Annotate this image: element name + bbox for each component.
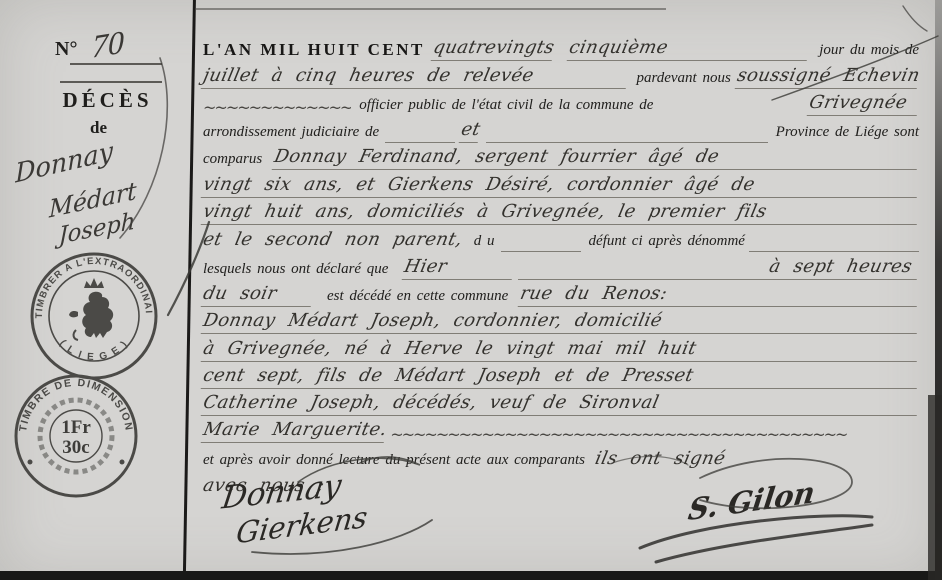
printed-form-text: pardevant nous [636,71,730,89]
act-line: lesquels nous ont déclaré queHierà sept … [203,252,919,279]
margin-column: N° 70 DÉCÈS de Donnay Médart Joseph A TI… [0,0,193,580]
printed-form-text: jour du mois de [819,43,919,61]
stamp1-liege-text: ( L I E G E ) [57,338,131,363]
act-type-heading: DÉCÈS [55,88,160,113]
handwritten-entry: et le second non parent, [201,231,464,252]
act-line: cent sept, fils de Médart Joseph et de P… [203,362,919,389]
act-line: comparusDonnay Ferdinand, sergent fourri… [203,143,919,170]
extraordinaire-stamp: A TIMBRER A L'EXTRAORDINAIRE ( L I E G E… [28,250,160,382]
handwritten-entry: Grivegnée [807,94,922,116]
act-line: vingt huit ans, domiciliés à Grivegnée, … [203,198,919,225]
act-number-value: 70 [92,23,124,66]
handwritten-entry: vingt huit ans, domiciliés à Grivegnée, … [201,203,922,225]
blank-ruled-line [486,125,768,143]
handwritten-entry: juillet à cinq heures de relevée [201,67,631,89]
printed-form-text: d u [474,234,495,252]
deceased-surname: Donnay [15,136,113,189]
number-underline-1 [70,63,162,65]
act-line: Catherine Joseph, décédés, veuf de Siron… [203,389,919,416]
handwritten-entry: et [459,121,482,143]
handwritten-entry: Donnay Médart Joseph, cordonnier, domici… [201,312,922,334]
stamp2-value-centimes: 30c [62,437,89,458]
handwritten-entry: Catherine Joseph, décédés, veuf de Siron… [201,394,922,416]
handwritten-entry: cinquième [567,39,811,61]
handwritten-entry: Marie Marguerite. [201,421,389,443]
act-line: arrondissement judiciaire deetProvince d… [203,116,919,143]
blank-ruled-line [518,262,769,280]
form-top-rule [196,8,666,10]
handwritten-entry: vingt six ans, et Gierkens Désiré, cordo… [201,176,922,198]
act-line: du soirest décédé en cette communerue du… [203,280,919,307]
handwritten-entry: Hier [402,258,517,280]
act-line: Donnay Médart Joseph, cordonnier, domici… [203,307,919,334]
handwritten-entry: à Grivegnée, né à Herve le vingt mai mil… [201,340,922,362]
printed-form-text: L'AN MIL HUIT CENT [203,41,425,61]
printed-form-text: comparus [203,152,262,170]
printed-form-text: est décédé en cette commune [327,289,508,307]
of-label: de [90,118,107,138]
handwritten-entry: rue du Renos: [518,285,921,307]
act-line: à Grivegnée, né à Herve le vingt mai mil… [203,334,919,361]
blank-ruled-line [501,234,581,252]
act-line: vingt six ans, et Gierkens Désiré, cordo… [203,170,919,197]
act-lines: L'AN MIL HUIT CENTquatrevingtscinquièmej… [203,34,919,498]
scan-right-edge-shadow [928,395,942,580]
handwritten-entry: du soir [201,285,316,307]
stamp2-value-franc: 1Fr [61,417,91,438]
svg-text:( L I E G E ): ( L I E G E ) [57,338,131,363]
printed-form-text: Province de Liége sont [776,125,919,143]
act-number-label: N° [55,38,77,61]
act-line: L'AN MIL HUIT CENTquatrevingtscinquièmej… [203,34,919,61]
handwritten-entry: cent sept, fils de Médart Joseph et de P… [201,367,922,389]
printed-form-text: défunt ci après dénommé [589,234,745,252]
stamp-crown-icon [84,278,104,288]
act-line: ~~~~~~~~~~~~~officier public de l'état c… [203,89,919,116]
act-line: et après avoir donné lecture du présent … [203,443,919,470]
act-line: et le second non parent,d udéfunt ci apr… [203,225,919,252]
wavy-filler-line: ~~~~~~~~~~~~~~~~~~~~~~~~~~~~~~~~~~~~~~~~ [390,427,919,446]
handwritten-entry: soussigné Echevin [734,67,921,89]
handwritten-entry: ils ont signé [593,450,727,471]
printed-form-text: lesquels nous ont déclaré que [203,262,388,280]
printed-form-text: officier public de l'état civil de la co… [359,98,801,116]
act-line: Marie Marguerite.~~~~~~~~~~~~~~~~~~~~~~~… [203,416,919,443]
printed-form-text: et après avoir donné lecture du présent … [203,453,585,471]
wavy-filler-line: ~~~~~~~~~~~~~ [203,100,351,119]
printed-form-text: arrondissement judiciaire de [203,125,379,143]
handwritten-entry: à sept heures [767,258,922,280]
handwritten-entry: Donnay Ferdinand, sergent fourrier âgé d… [272,148,922,170]
blank-ruled-line [385,125,455,143]
act-line: juillet à cinq heures de relevéepardevan… [203,61,919,88]
handwritten-entry: quatrevingts [430,39,555,61]
dimension-stamp: TIMBRE DE DIMENSION 1Fr 30c [12,372,140,500]
blank-ruled-line [749,234,919,252]
number-underline-2 [60,81,162,83]
death-certificate-scan: N° 70 DÉCÈS de Donnay Médart Joseph A TI… [0,0,942,580]
